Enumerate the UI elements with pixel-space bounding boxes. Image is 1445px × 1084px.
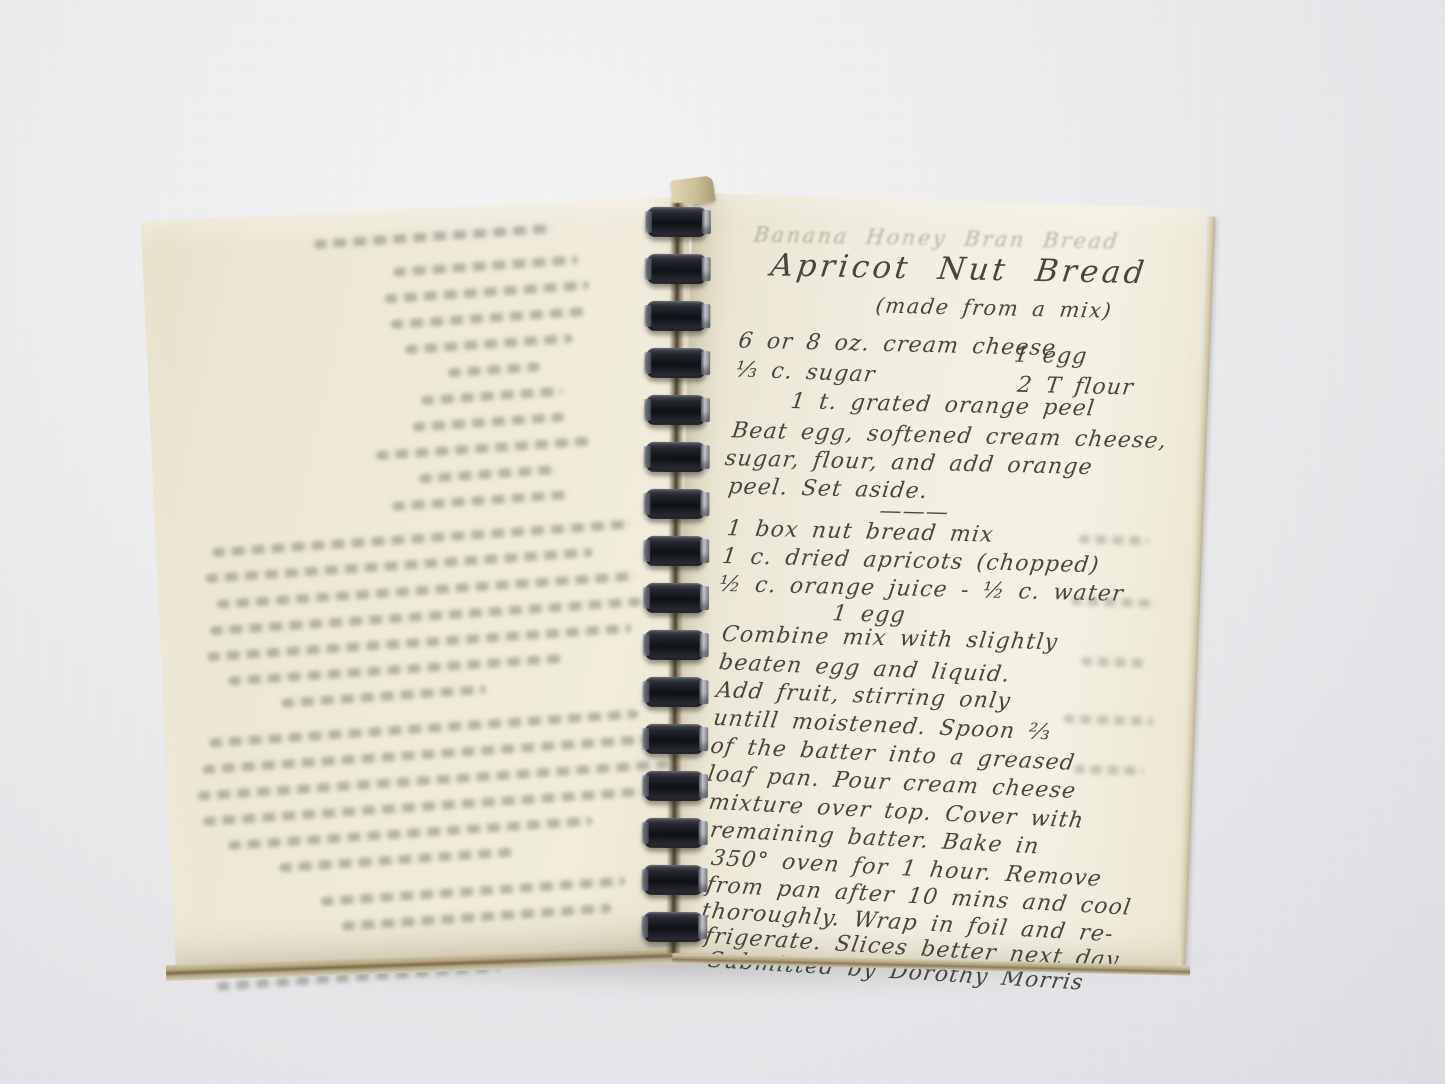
bleedthrough-line	[419, 465, 557, 483]
bleedthrough-line	[412, 412, 564, 431]
comb-loop	[645, 395, 707, 425]
comb-loop	[643, 724, 705, 754]
bleedthrough-line	[405, 334, 573, 354]
bleedthrough-line	[1079, 535, 1149, 546]
left-page	[141, 196, 723, 969]
comb-loop	[645, 301, 707, 331]
comb-loop	[646, 207, 708, 237]
bleedthrough-line	[1063, 714, 1153, 726]
bleedthrough-line	[376, 437, 591, 461]
bleedthrough-line	[279, 847, 514, 872]
recipe-subtitle: (made from a mix)	[874, 294, 1114, 323]
comb-loop	[645, 442, 707, 472]
bleedthrough-line	[1074, 765, 1144, 776]
bleedthrough-line	[228, 654, 563, 686]
comb-loop	[644, 630, 706, 660]
bleedthrough-line	[384, 281, 589, 304]
bleedthrough-line	[314, 224, 554, 249]
comb-binding	[642, 199, 710, 959]
comb-loop	[645, 348, 707, 378]
recipe-title: Apricot Nut Bread	[769, 247, 1150, 291]
bleedthrough-line	[342, 904, 612, 931]
comb-loop	[644, 536, 706, 566]
bleedthrough-line	[390, 307, 585, 329]
bleedthrough-line	[393, 255, 578, 277]
comb-loop	[644, 489, 706, 519]
bleedthrough-line	[1071, 596, 1157, 608]
bleedthrough-line	[1081, 657, 1145, 668]
handwriting-line: 6 or 8 oz. cream cheese	[737, 328, 1058, 361]
comb-loop	[644, 583, 706, 613]
right-page: Banana Honey Bran Bread Apricot Nut Brea…	[670, 193, 1204, 968]
bleedthrough-line	[392, 490, 570, 511]
handwriting-line: 1 box nut bread mix	[725, 516, 995, 547]
bleedthrough-line	[228, 816, 593, 850]
bleedthrough-line	[421, 387, 563, 406]
bleedthrough-line	[448, 362, 540, 377]
handwriting-line: Combine mix with slightly	[720, 622, 1059, 655]
comb-loop	[642, 912, 704, 942]
handwriting-line: 1 egg	[1013, 343, 1089, 370]
comb-loop	[646, 254, 708, 284]
comb-loop	[643, 677, 705, 707]
comb-loop	[642, 865, 704, 895]
comb-loop	[643, 771, 705, 801]
comb-loop	[643, 818, 705, 848]
handwriting-line: ⅓ c. sugar	[734, 357, 877, 387]
bleedthrough-line	[321, 876, 626, 906]
bleedthrough-line	[281, 685, 486, 708]
